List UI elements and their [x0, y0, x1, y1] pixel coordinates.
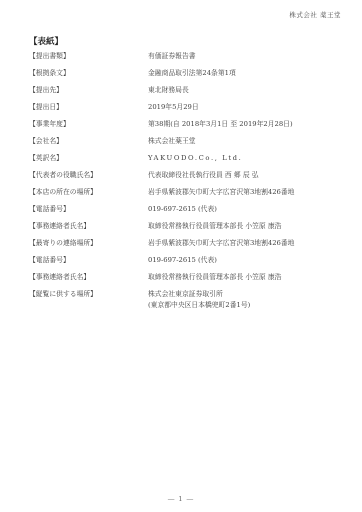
- table-row: 【根拠条文】金融商品取引法第24条第1項: [29, 70, 344, 77]
- row-value: 東北財務局長: [148, 87, 344, 94]
- table-row: 【事務連絡者氏名】取締役常務執行役員管理本部長 小笠原 康浩: [29, 223, 344, 230]
- row-label: 【電話番号】: [29, 206, 148, 213]
- table-row: 【提出先】東北財務局長: [29, 87, 344, 94]
- row-value: 金融商品取引法第24条第1項: [148, 70, 344, 77]
- table-row: 【本店の所在の場所】岩手県紫波郡矢巾町大字広宮沢第3地割426番地: [29, 189, 344, 196]
- row-label: 【提出日】: [29, 104, 148, 111]
- cover-section-title: 【表紙】: [29, 35, 63, 47]
- table-row: 【事務連絡者氏名】取締役常務執行役員管理本部長 小笠原 康浩: [29, 274, 344, 281]
- document-page: 株式会社 薬王堂 【表紙】 【提出書類】有価証券報告書【根拠条文】金融商品取引法…: [0, 0, 362, 512]
- row-label: 【英訳名】: [29, 155, 148, 162]
- table-row: 【縦覧に供する場所】株式会社東京証券取引所(東京都中央区日本橋兜町2番1号): [29, 291, 344, 312]
- row-label: 【提出先】: [29, 87, 148, 94]
- page-number: ― 1 ―: [0, 495, 362, 503]
- row-value: 取締役常務執行役員管理本部長 小笠原 康浩: [148, 274, 344, 281]
- table-row: 【提出書類】有価証券報告書: [29, 53, 344, 60]
- row-label: 【事業年度】: [29, 121, 148, 128]
- row-label: 【事務連絡者氏名】: [29, 223, 148, 230]
- row-label: 【代表者の役職氏名】: [29, 172, 148, 179]
- row-value: 019-697-2615 (代表): [148, 206, 344, 213]
- table-row: 【提出日】2019年5月29日: [29, 104, 344, 111]
- row-value: 株式会社薬王堂: [148, 138, 344, 145]
- row-value: 代表取締役社長執行役員 西 郷 辰 弘: [148, 172, 344, 179]
- table-row: 【英訳名】YAKUODO.Co., Ltd.: [29, 155, 344, 162]
- row-value: 岩手県紫波郡矢巾町大字広宮沢第3地割426番地: [148, 240, 344, 247]
- table-row: 【電話番号】019-697-2615 (代表): [29, 257, 344, 264]
- row-label: 【会社名】: [29, 138, 148, 145]
- table-row: 【会社名】株式会社薬王堂: [29, 138, 344, 145]
- row-value: 019-697-2615 (代表): [148, 257, 344, 264]
- row-value: 有価証券報告書: [148, 53, 344, 60]
- cover-table: 【提出書類】有価証券報告書【根拠条文】金融商品取引法第24条第1項【提出先】東北…: [29, 53, 344, 322]
- row-value: YAKUODO.Co., Ltd.: [148, 155, 344, 162]
- table-row: 【事業年度】第38期(自 2018年3月1日 至 2019年2月28日): [29, 121, 344, 128]
- row-label: 【提出書類】: [29, 53, 148, 60]
- company-name-header: 株式会社 薬王堂: [289, 10, 341, 19]
- table-row: 【最寄りの連絡場所】岩手県紫波郡矢巾町大字広宮沢第3地割426番地: [29, 240, 344, 247]
- row-value-line: (東京都中央区日本橋兜町2番1号): [148, 299, 344, 313]
- row-label: 【縦覧に供する場所】: [29, 291, 148, 298]
- table-row: 【電話番号】019-697-2615 (代表): [29, 206, 344, 213]
- row-value: 2019年5月29日: [148, 104, 344, 111]
- row-value-multiline: 株式会社東京証券取引所(東京都中央区日本橋兜町2番1号): [148, 291, 344, 312]
- row-label: 【本店の所在の場所】: [29, 189, 148, 196]
- table-row: 【代表者の役職氏名】代表取締役社長執行役員 西 郷 辰 弘: [29, 172, 344, 179]
- row-value: 取締役常務執行役員管理本部長 小笠原 康浩: [148, 223, 344, 230]
- row-label: 【根拠条文】: [29, 70, 148, 77]
- row-label: 【電話番号】: [29, 257, 148, 264]
- row-value: 第38期(自 2018年3月1日 至 2019年2月28日): [148, 121, 344, 128]
- row-label: 【事務連絡者氏名】: [29, 274, 148, 281]
- row-label: 【最寄りの連絡場所】: [29, 240, 148, 247]
- row-value: 岩手県紫波郡矢巾町大字広宮沢第3地割426番地: [148, 189, 344, 196]
